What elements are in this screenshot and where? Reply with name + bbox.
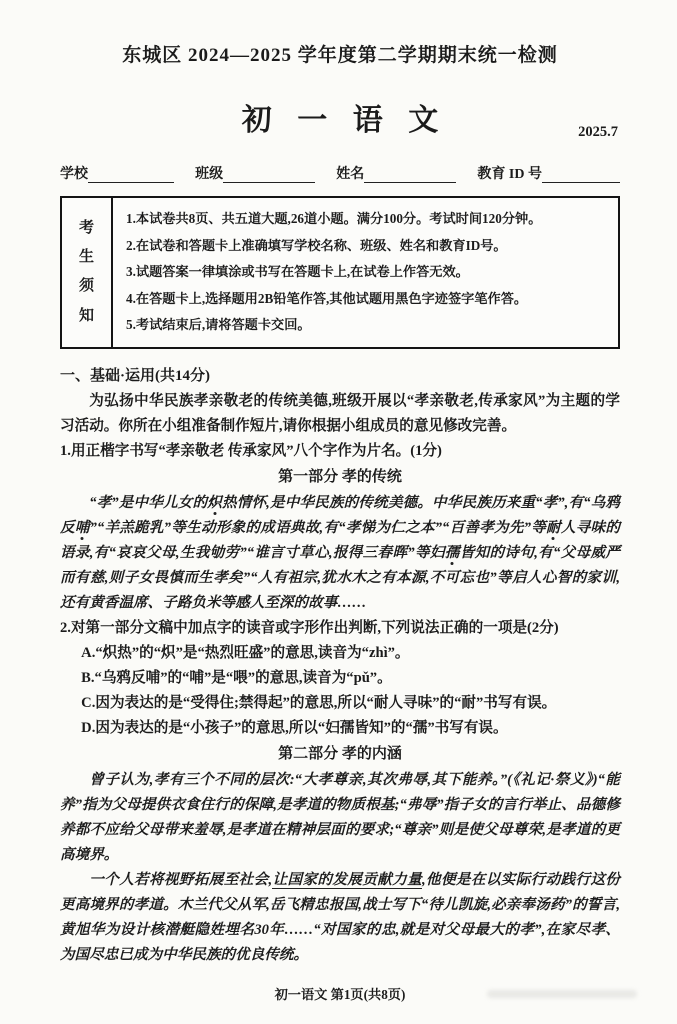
underlined-clause: 让国家的发展贡献力量 — [272, 872, 422, 890]
notice-item-1: 1.本试卷共8页、共五道大题,26道小题。满分100分。考试时间120分钟。 — [126, 206, 612, 233]
question-2-option-a: A.“炽热”的“炽”是“热烈旺盛”的意思,读音为“zhì”。 — [81, 641, 620, 666]
exam-date: 2025.7 — [578, 124, 618, 141]
question-2-option-c: C.因为表达的是“受得住;禁得起”的意思,所以“耐人寻味”的“耐”书写有误。 — [81, 691, 620, 716]
dotted-char-bu: 哺 — [75, 520, 90, 536]
class-label: 班级 — [195, 163, 223, 183]
school-blank-line — [88, 167, 174, 183]
name-label: 姓名 — [336, 163, 364, 183]
edu-id-blank-line — [542, 167, 620, 183]
examinee-notice-box: 考生须知 1.本试卷共8页、共五道大题,26道小题。满分100分。考试时间120… — [60, 196, 620, 349]
dotted-char-chi: 炽 — [207, 495, 222, 511]
school-label: 学校 — [60, 163, 88, 183]
part-2-heading: 第二部分 孝的内涵 — [60, 741, 620, 768]
part-2-paragraph-2: 一个人若将视野拓展至社会,让国家的发展贡献力量,他便是在以实际行动践行这份更高境… — [60, 868, 620, 968]
question-1: 1.用正楷字书写“孝亲敬老 传承家风”八个字作为片名。(1分) — [60, 439, 620, 464]
class-blank-line — [223, 167, 315, 183]
passage-text: “孝”是中华儿女的 — [89, 495, 207, 511]
exam-header-title: 东城区 2024—2025 学年度第二学期期末统一检测 — [60, 40, 620, 67]
edu-id-label: 教育 ID 号 — [477, 163, 542, 183]
student-info-row: 学校 班级 姓名 教育 ID 号 — [60, 163, 620, 183]
name-field: 姓名 — [336, 163, 456, 183]
class-field: 班级 — [195, 163, 315, 183]
notice-item-3: 3.试题答案一律填涂或书写在答题卡上,在试卷上作答无效。 — [126, 259, 612, 286]
notice-side-label: 考生须知 — [78, 214, 95, 331]
passage-text: 一个人若将视野拓展至社会, — [89, 872, 272, 888]
notice-item-5: 5.考试结束后,请将答题卡交回。 — [126, 312, 612, 339]
dotted-char-nai: 耐 — [546, 520, 561, 536]
question-2-option-d: D.因为表达的是“小孩子”的意思,所以“妇孺皆知”的“孺”书写有误。 — [81, 716, 620, 741]
section-1-intro: 为弘扬中华民族孝亲敬老的传统美德,班级开展以“孝亲敬老,传承家风”为主题的学习活… — [60, 389, 620, 439]
exam-paper-page: 东城区 2024—2025 学年度第二学期期末统一检测 初一语文 2025.7 … — [0, 0, 677, 1024]
passage-text: ”“羊羔跪乳”等生动形象的成语典故,有“孝悌为仁之本”“百善孝为先”等 — [90, 520, 546, 536]
section-1-heading: 一、基础·运用(共14分) — [60, 363, 620, 389]
part-2-paragraph-1: 曾子认为,孝有三个不同的层次:“大孝尊亲,其次弗辱,其下能养。”(《礼记·祭义》… — [60, 768, 620, 868]
part-1-heading: 第一部分 孝的传统 — [60, 464, 620, 491]
edu-id-field: 教育 ID 号 — [477, 163, 620, 183]
subject-title: 初一语文 — [216, 95, 464, 139]
notice-items: 1.本试卷共8页、共五道大题,26道小题。满分100分。考试时间120分钟。 2… — [113, 198, 618, 347]
part-1-passage: “孝”是中华儿女的炽热情怀,是中华民族的传统美德。中华民族历来重“孝”,有“乌鸦… — [60, 491, 620, 616]
name-blank-line — [364, 167, 456, 183]
notice-item-4: 4.在答题卡上,选择题用2B铅笔作答,其他试题用黑色字迹签字笔作答。 — [126, 286, 612, 313]
school-field: 学校 — [60, 163, 174, 183]
question-2-option-b: B.“乌鸦反哺”的“哺”是“喂”的意思,读音为“pǔ”。 — [81, 666, 620, 691]
scan-smudge — [487, 990, 637, 998]
dotted-char-ru: 孺 — [445, 545, 460, 561]
notice-side-column: 考生须知 — [62, 198, 113, 347]
subject-title-row: 初一语文 2025.7 — [60, 95, 620, 137]
notice-item-2: 2.在试卷和答题卡上准确填写学校名称、班级、姓名和教育ID号。 — [126, 233, 612, 260]
question-2-stem: 2.对第一部分文稿中加点字的读音或字形作出判断,下列说法正确的一项是(2分) — [60, 616, 620, 641]
